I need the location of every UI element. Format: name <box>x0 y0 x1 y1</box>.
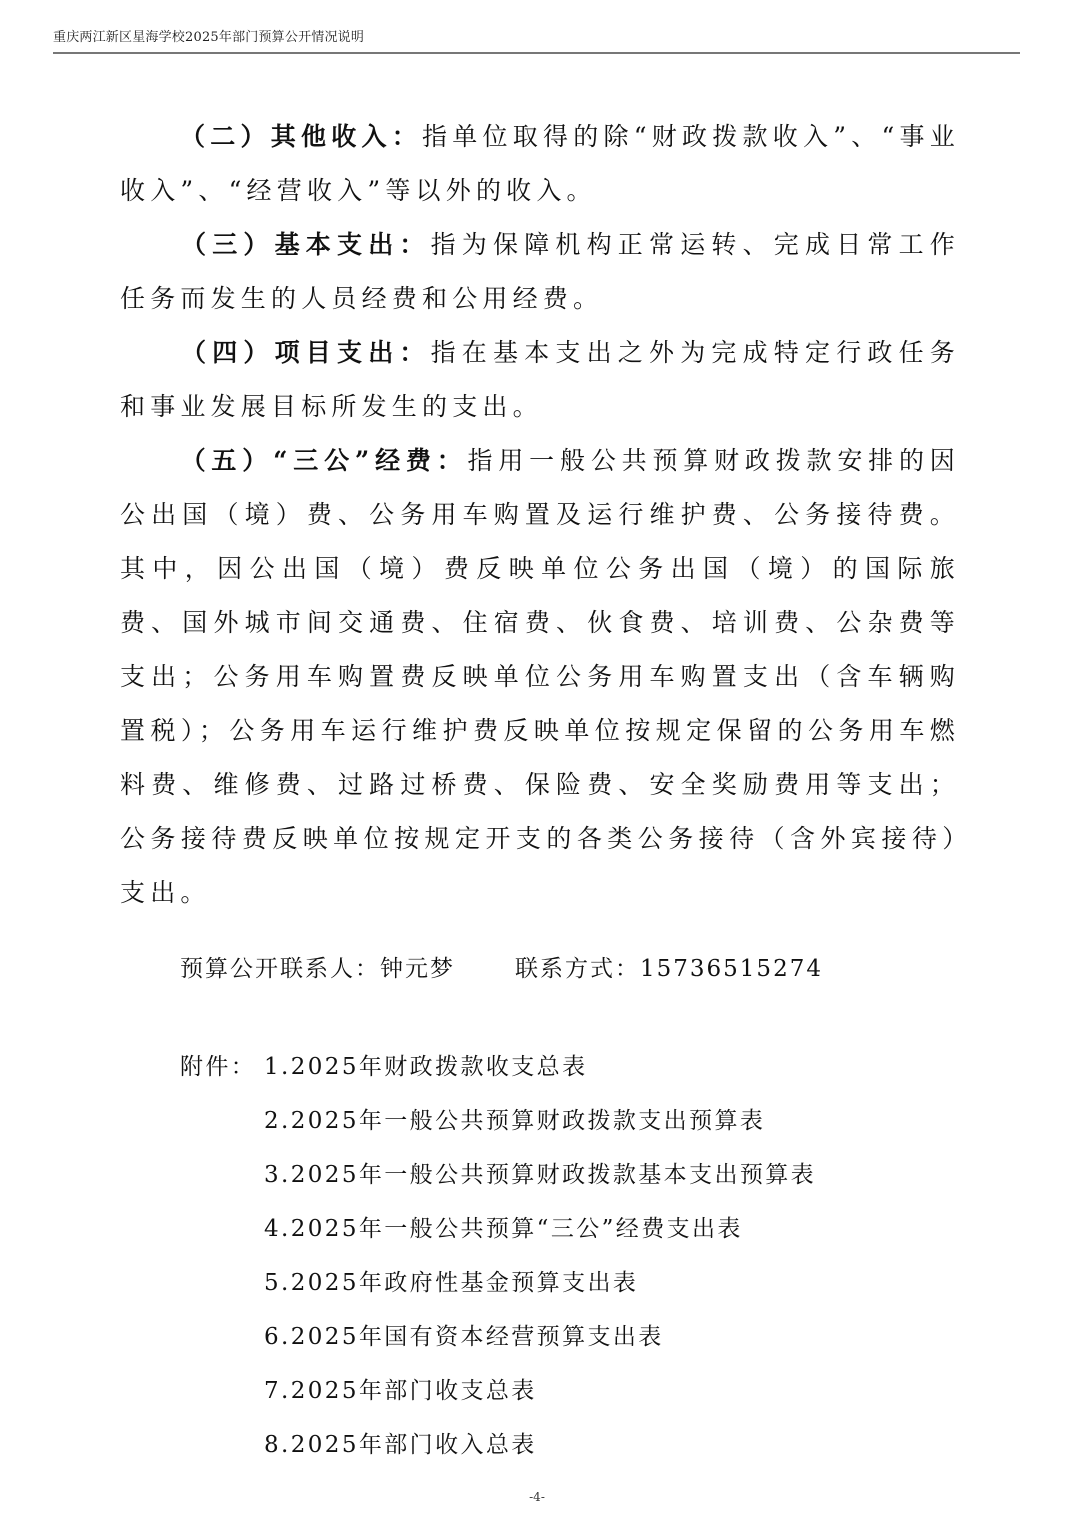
attachment-title: 4.2025年一般公共预算“三公”经费支出表 <box>264 1216 743 1242</box>
attachment-title: 3.2025年一般公共预算财政拨款基本支出预算表 <box>264 1162 816 1188</box>
definition-other-income: （二）其他收入：指单位取得的除“财政拨款收入”、“事业收入”、“经营收入”等以外… <box>120 110 960 218</box>
attachment-item: 8.2025年部门收入总表 <box>180 1418 816 1472</box>
definition-term: （五）“三公”经费： <box>180 446 468 475</box>
attachments-list: 附件：1.2025年财政拨款收支总表 2.2025年一般公共预算财政拨款支出预算… <box>180 1040 816 1472</box>
attachment-title: 6.2025年国有资本经营预算支出表 <box>264 1324 664 1350</box>
attachment-title: 2.2025年一般公共预算财政拨款支出预算表 <box>264 1108 765 1134</box>
contact-phone-label: 联系方式： <box>515 956 640 982</box>
definition-three-public-expenses: （五）“三公”经费：指用一般公共预算财政拨款安排的因公出国（境）费、公务用车购置… <box>120 434 960 920</box>
attachment-item: 2.2025年一般公共预算财政拨款支出预算表 <box>180 1094 816 1148</box>
attachment-item: 3.2025年一般公共预算财政拨款基本支出预算表 <box>180 1148 816 1202</box>
definition-basic-expenditure: （三）基本支出：指为保障机构正常运转、完成日常工作任务而发生的人员经费和公用经费… <box>120 218 960 326</box>
definitions-section: （二）其他收入：指单位取得的除“财政拨款收入”、“事业收入”、“经营收入”等以外… <box>120 110 960 920</box>
definition-project-expenditure: （四）项目支出：指在基本支出之外为完成特定行政任务和事业发展目标所发生的支出。 <box>120 326 960 434</box>
header-divider <box>53 52 1020 54</box>
contact-person-name: 钟元梦 <box>380 956 455 982</box>
attachment-item: 7.2025年部门收支总表 <box>180 1364 816 1418</box>
document-title: 重庆两江新区星海学校2025年部门预算公开情况说明 <box>53 30 1020 46</box>
attachments-label: 附件： <box>180 1040 264 1094</box>
attachment-title: 8.2025年部门收入总表 <box>264 1432 537 1458</box>
attachment-title: 7.2025年部门收支总表 <box>264 1378 537 1404</box>
definition-term: （四）项目支出： <box>180 338 431 367</box>
contact-person-label: 预算公开联系人： <box>180 956 380 982</box>
attachment-item: 5.2025年政府性基金预算支出表 <box>180 1256 816 1310</box>
attachment-item: 6.2025年国有资本经营预算支出表 <box>180 1310 816 1364</box>
attachment-title: 1.2025年财政拨款收支总表 <box>264 1054 587 1080</box>
definition-text: 指用一般公共预算财政拨款安排的因公出国（境）费、公务用车购置及运行维护费、公务接… <box>120 446 960 907</box>
attachment-item: 附件：1.2025年财政拨款收支总表 <box>180 1040 816 1094</box>
definition-term: （三）基本支出： <box>180 230 431 259</box>
attachment-item: 4.2025年一般公共预算“三公”经费支出表 <box>180 1202 816 1256</box>
contact-phone: 15736515274 <box>640 956 823 982</box>
page-number: -4- <box>0 1490 1074 1504</box>
definition-term: （二）其他收入： <box>180 122 422 151</box>
attachment-title: 5.2025年政府性基金预算支出表 <box>264 1270 638 1296</box>
page-header: 重庆两江新区星海学校2025年部门预算公开情况说明 <box>53 30 1020 46</box>
contact-line: 预算公开联系人：钟元梦联系方式：15736515274 <box>180 950 823 983</box>
